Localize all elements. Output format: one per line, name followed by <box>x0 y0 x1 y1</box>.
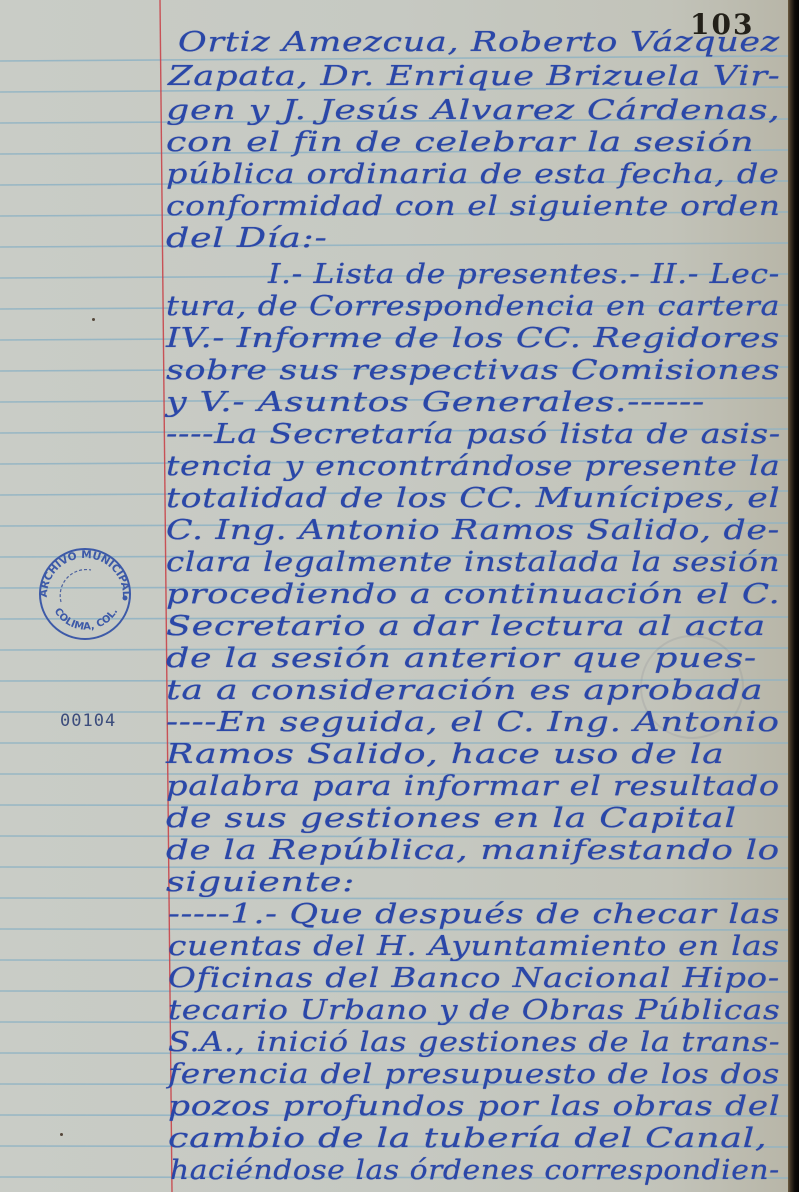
text-line: con el fin de celebrar la sesión <box>166 128 754 158</box>
text-line: totalidad de los CC. Munícipes, el <box>166 484 780 514</box>
text-line: palabra para informar el resultado <box>166 772 780 802</box>
handwritten-text: Ortiz Amezcua, Roberto Vázquez Zapata, D… <box>0 0 788 1192</box>
text-line: gen y J. Jesús Alvarez Cárdenas, <box>166 96 780 126</box>
text-line: pública ordinaria de esta fecha, de <box>166 160 779 190</box>
text-line: Ortiz Amezcua, Roberto Vázquez <box>178 28 780 58</box>
text-line: Secretario a dar lectura al acta <box>166 612 766 642</box>
text-line: ----En seguida, el C. Ing. Antonio <box>166 708 780 738</box>
ledger-page: 103 ARCHIVO MUNICIPAL COLIMA, COL. 00104… <box>0 0 788 1192</box>
text-line: cambio de la tubería del Canal, <box>168 1124 767 1154</box>
text-line: IV.- Informe de los CC. Regidores <box>166 324 780 354</box>
text-line: procediendo a continuación el C. <box>166 580 780 610</box>
text-line: conformidad con el siguiente orden <box>166 192 781 222</box>
text-line: clara legalmente instalada la sesión <box>166 548 780 578</box>
text-line: de sus gestiones en la Capital <box>166 804 737 834</box>
text-line: haciéndose las órdenes correspondien- <box>170 1156 780 1186</box>
text-line: tecario Urbano y de Obras Públicas <box>168 996 780 1026</box>
text-line: cuentas del H. Ayuntamiento en las <box>168 932 780 962</box>
text-line: tura, de Correspondencia en cartera <box>166 292 780 322</box>
text-line: ta a consideración es aprobada <box>166 676 763 706</box>
text-line: de la sesión anterior que pues- <box>166 644 757 674</box>
text-line: ferencia del presupuesto de los dos <box>168 1060 780 1090</box>
text-line: del Día:- <box>166 224 327 254</box>
text-line: -----1.- Que después de checar las <box>168 900 780 930</box>
text-line: ----La Secretaría pasó lista de asis- <box>166 420 781 450</box>
text-line: tencia y encontrándose presente la <box>166 452 780 482</box>
text-line: S.A., inició las gestiones de la trans- <box>168 1028 780 1058</box>
text-line: de la República, manifestando lo <box>166 836 780 866</box>
text-line: sobre sus respectivas Comisiones <box>166 356 780 386</box>
text-line: Ramos Salido, hace uso de la <box>166 740 725 770</box>
text-line: pozos profundos por las obras del <box>168 1092 780 1122</box>
text-line: I.- Lista de presentes.- II.- Lec- <box>268 260 780 290</box>
text-line: Oficinas del Banco Nacional Hipo- <box>168 964 780 994</box>
text-line: y V.- Asuntos Generales.------ <box>166 388 705 418</box>
text-line: siguiente: <box>166 868 355 898</box>
text-line: Zapata, Dr. Enrique Brizuela Vir- <box>168 62 780 92</box>
text-line: C. Ing. Antonio Ramos Salido, de- <box>166 516 780 546</box>
book-binding-edge <box>788 0 799 1192</box>
